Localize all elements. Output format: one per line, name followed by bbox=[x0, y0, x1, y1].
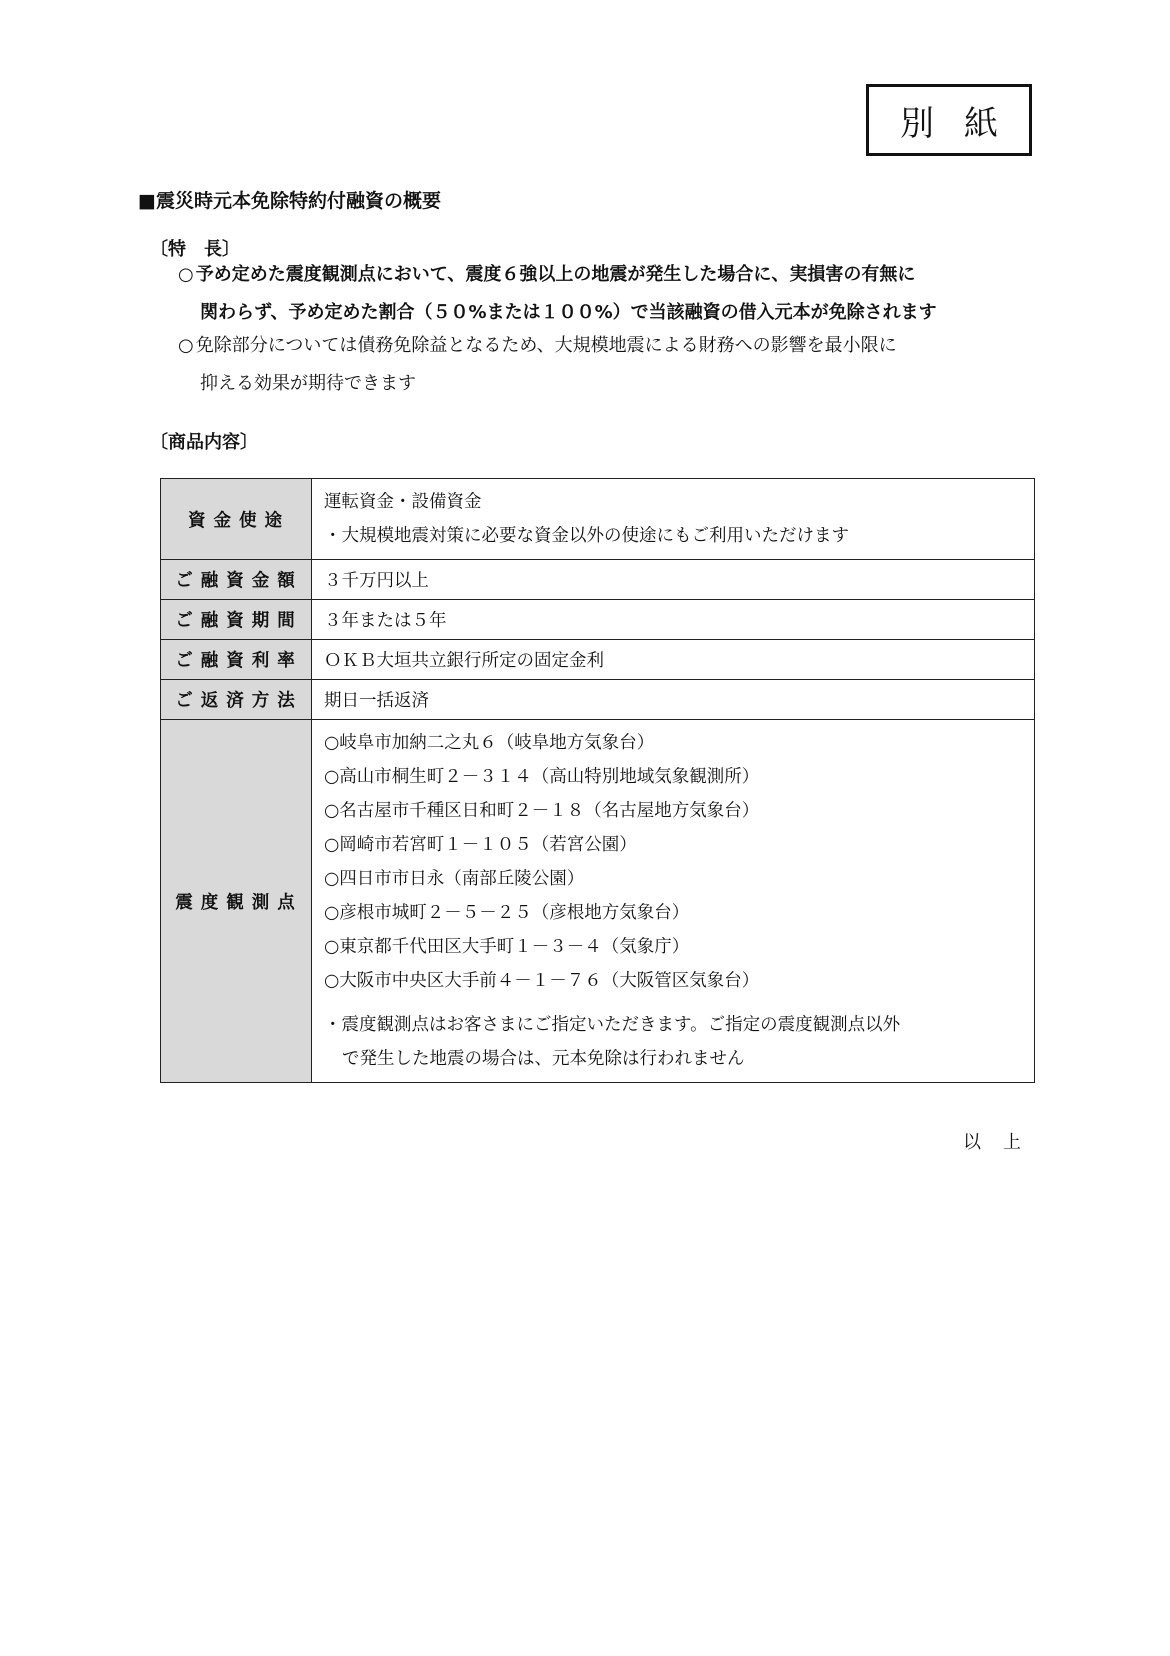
purpose-line-2: ・大規模地震対策に必要な資金以外の使途にもご利用いただけます bbox=[324, 519, 1022, 553]
station-item: ○高山市桐生町２－３１４（高山特別地域気象観測所） bbox=[324, 760, 1022, 794]
station-item: ○東京都千代田区大手町１－３－４（気象庁） bbox=[324, 930, 1022, 964]
attachment-label: 別紙 bbox=[900, 96, 1028, 145]
purpose-line-1: 運転資金・設備資金 bbox=[324, 485, 1022, 519]
station-item: ○四日市市日永（南部丘陵公園） bbox=[324, 862, 1022, 896]
feature-2-text-1: 免除部分については債務免除益となるため、大規模地震による財務への影響を最小限に bbox=[196, 335, 897, 356]
station-item: ○彦根市城町２－５－２５（彦根地方気象台） bbox=[324, 896, 1022, 930]
table-row-amount: ご融資金額 ３千万円以上 bbox=[161, 560, 1035, 600]
value-purpose: 運転資金・設備資金 ・大規模地震対策に必要な資金以外の使途にもご利用いただけます bbox=[312, 479, 1035, 560]
station-item: ○大阪市中央区大手前４－１－７６（大阪管区気象台） bbox=[324, 964, 1022, 998]
feature-item-1: ○予め定めた震度観測点において、震度６強以上の地震が発生した場合に、実損害の有無… bbox=[178, 256, 1038, 332]
feature-1-text-1: 予め定めた震度観測点において、震度６強以上の地震が発生した場合に、実損害の有無に bbox=[196, 264, 916, 285]
label-amount: ご融資金額 bbox=[161, 560, 312, 600]
label-rate: ご融資利率 bbox=[161, 640, 312, 680]
stations-note-line-1: ・震度観測点はお客さまにご指定いただきます。ご指定の震度観測点以外 bbox=[324, 1015, 900, 1035]
feature-2-line-1: ○免除部分については債務免除益となるため、大規模地震による財務への影響を最小限に bbox=[178, 335, 897, 356]
circle-bullet-icon: ○ bbox=[178, 264, 194, 285]
table-row-stations: 震度観測点 ○岐阜市加納二之丸６（岐阜地方気象台） ○高山市桐生町２－３１４（高… bbox=[161, 720, 1035, 1083]
value-term: ３年または５年 bbox=[312, 600, 1035, 640]
table-row-rate: ご融資利率 ＯＫＢ大垣共立銀行所定の固定金利 bbox=[161, 640, 1035, 680]
document-title: ■震災時元本免除特約付融資の概要 bbox=[138, 186, 441, 213]
table-row-purpose: 資金使途 運転資金・設備資金 ・大規模地震対策に必要な資金以外の使途にもご利用い… bbox=[161, 479, 1035, 560]
station-item: ○名古屋市千種区日和町２－１８（名古屋地方気象台） bbox=[324, 794, 1022, 828]
station-item: ○岡崎市若宮町１－１０５（若宮公園） bbox=[324, 828, 1022, 862]
attachment-stamp-box: 別紙 bbox=[866, 84, 1032, 156]
feature-1-line-1: ○予め定めた震度観測点において、震度６強以上の地震が発生した場合に、実損害の有無… bbox=[178, 264, 915, 285]
label-purpose: 資金使途 bbox=[161, 479, 312, 560]
value-repayment: 期日一括返済 bbox=[312, 680, 1035, 720]
label-term: ご融資期間 bbox=[161, 600, 312, 640]
closing-mark: 以上 bbox=[963, 1128, 1043, 1154]
spacer bbox=[324, 998, 1022, 1008]
product-details-table: 資金使途 運転資金・設備資金 ・大規模地震対策に必要な資金以外の使途にもご利用い… bbox=[160, 478, 1035, 1083]
label-stations: 震度観測点 bbox=[161, 720, 312, 1083]
circle-bullet-icon: ○ bbox=[178, 335, 194, 356]
feature-2-line-2: 抑える効果が期待できます bbox=[178, 365, 1038, 403]
value-stations: ○岐阜市加納二之丸６（岐阜地方気象台） ○高山市桐生町２－３１４（高山特別地域気… bbox=[312, 720, 1035, 1083]
station-item: ○岐阜市加納二之丸６（岐阜地方気象台） bbox=[324, 726, 1022, 760]
value-rate: ＯＫＢ大垣共立銀行所定の固定金利 bbox=[312, 640, 1035, 680]
table-row-repayment: ご返済方法 期日一括返済 bbox=[161, 680, 1035, 720]
product-heading: 〔商品内容〕 bbox=[150, 428, 258, 454]
table-row-term: ご融資期間 ３年または５年 bbox=[161, 600, 1035, 640]
feature-item-2: ○免除部分については債務免除益となるため、大規模地震による財務への影響を最小限に… bbox=[178, 327, 1038, 403]
stations-note: ・震度観測点はお客さまにご指定いただきます。ご指定の震度観測点以外 で発生した地… bbox=[324, 1008, 1022, 1076]
stations-note-line-2: で発生した地震の場合は、元本免除は行われません bbox=[324, 1042, 1022, 1076]
value-amount: ３千万円以上 bbox=[312, 560, 1035, 600]
label-repayment: ご返済方法 bbox=[161, 680, 312, 720]
